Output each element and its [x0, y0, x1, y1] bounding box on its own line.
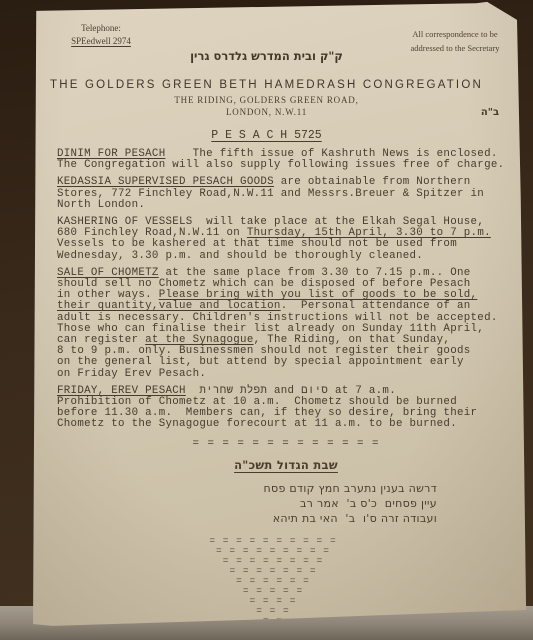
section-kedassia: KEDASSIA SUPERVISED PESACH GOODS are obt…: [57, 177, 515, 211]
hebrew-section-title: שבת הגדול תשכ"ה: [57, 460, 515, 471]
hebrew-congregation-name: ק"ק ובית המדרש גלדרס גרין: [0, 49, 533, 63]
congregation-name: THE GOLDERS GREEN BETH HAMEDRASH CONGREG…: [0, 79, 533, 91]
text-line: Vessels to be kashered at that time shou…: [57, 239, 515, 250]
text-line: The Congregation will also supply follow…: [57, 160, 515, 171]
document-title: P E S A C H 5725: [0, 129, 533, 142]
text-line: on Friday Erev Pesach.: [57, 369, 515, 380]
section-sale-of-chometz: SALE OF CHOMETZ at the same place from 3…: [57, 268, 515, 380]
text-line: their quantity,value and location. Perso…: [57, 301, 515, 312]
section-heading: KASHERING OF VESSELS: [57, 216, 193, 228]
section-dinim: DINIM FOR PESACH The fifth issue of Kash…: [57, 149, 515, 171]
text-line: Wednesday, 3.30 p.m. and should be thoro…: [57, 251, 515, 262]
telephone-block: Telephone: SPEedwell 2974: [46, 22, 156, 48]
hebrew-text-line: ועבודה זרה ס'ו ב' האי בת תיהא: [57, 511, 515, 526]
section-heading: DINIM FOR PESACH: [57, 148, 165, 160]
address-line-1: THE RIDING, GOLDERS GREEN ROAD,: [0, 95, 533, 105]
telephone-label: Telephone:: [46, 22, 156, 35]
section-heading: SALE OF CHOMETZ: [57, 267, 159, 279]
hebrew-section: שבת הגדול תשכ"ה דרשה בענין נתערב חמץ קוד…: [57, 460, 515, 526]
equals-divider: = = = = = = = = = = = = =: [57, 439, 515, 450]
text-line: on the general list, but attend by speci…: [57, 357, 515, 368]
document-body: DINIM FOR PESACH The fifth issue of Kash…: [57, 149, 515, 626]
hebrew-text-line: עיין פסחים כ'ס ב' אמר רב: [57, 496, 515, 511]
section-heading: FRIDAY, EREV PESACH: [57, 385, 186, 397]
text-line: North London.: [57, 200, 515, 211]
section-heading: KEDASSIA SUPERVISED PESACH GOODS: [57, 176, 274, 188]
telephone-number: SPEedwell 2974: [46, 35, 156, 48]
section-kashering: KASHERING OF VESSELS will take place at …: [57, 217, 515, 262]
text-line: KEDASSIA SUPERVISED PESACH GOODS are obt…: [57, 177, 515, 188]
document-page: Telephone: SPEedwell 2974 All correspond…: [0, 0, 533, 640]
equals-pyramid: = = = = = = = = = = = = = = = = = = = = …: [44, 536, 502, 626]
hebrew-text-line: דרשה בענין נתערב חמץ קודם פסח: [57, 481, 515, 496]
section-friday-erev-pesach: FRIDAY, EREV PESACH תפלת שחרית and סיום …: [57, 386, 515, 431]
correspondence-note-line1: All correspondence to be: [400, 27, 510, 41]
text-line: Chometz to the Synagogue forecourt at 11…: [57, 419, 515, 430]
bh-mark: ב"ה: [470, 107, 510, 118]
address-line-2: LONDON, N.W.11: [0, 107, 533, 117]
